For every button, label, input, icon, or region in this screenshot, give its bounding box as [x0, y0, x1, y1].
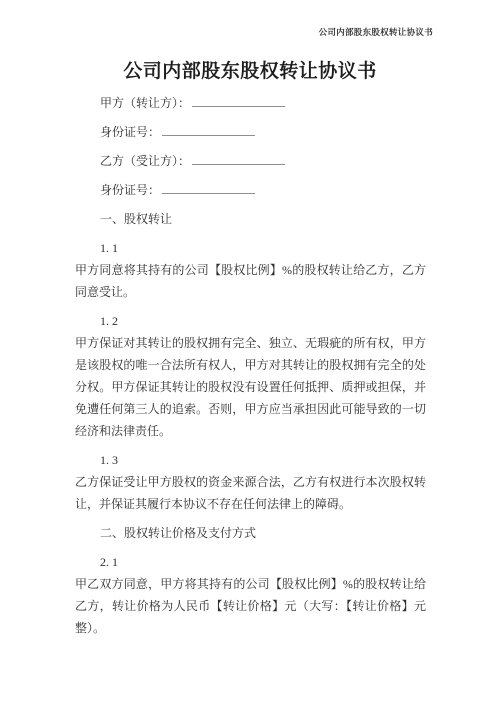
clause-number-1-2: 1. 2	[75, 310, 426, 332]
party-b-blank-line	[192, 153, 285, 165]
document-body: 甲方（转让方）： 身份证号： 乙方（受让方）： 身份证号： 一、股权转让 1. …	[0, 92, 500, 639]
clause-number-1-1: 1. 1	[75, 237, 426, 259]
clause-paragraph-1-2: 甲方保证对其转让的股权拥有完全、独立、无瑕疵的所有权，甲方是该股权的唯一合法所有…	[75, 332, 426, 442]
document-page: 公司内部股东股权转让协议书 公司内部股东股权转让协议书 甲方（转让方）： 身份证…	[0, 0, 500, 707]
party-b-id-label: 身份证号：	[100, 183, 160, 197]
party-b-id-line: 身份证号：	[75, 179, 426, 201]
clause-paragraph-1-1: 甲方同意将其持有的公司【股权比例】%的股权转让给乙方，乙方同意受让。	[75, 259, 426, 303]
section-heading-1: 一、股权转让	[75, 208, 426, 230]
party-b-label: 乙方（受让方）：	[100, 154, 190, 168]
clause-number-1-3: 1. 3	[75, 449, 426, 471]
clause-paragraph-2-1: 甲乙双方同意，甲方将其持有的公司【股权比例】%的股权转让给乙方，转让价格为人民币…	[75, 573, 426, 639]
party-a-blank-line	[192, 95, 285, 107]
party-a-id-blank-line	[162, 124, 255, 136]
party-a-line: 甲方（转让方）：	[75, 92, 426, 114]
party-b-id-blank-line	[162, 182, 255, 194]
party-b-line: 乙方（受让方）：	[75, 150, 426, 172]
clause-number-2-1: 2. 1	[75, 551, 426, 573]
clause-paragraph-1-3: 乙方保证受让甲方股权的资金来源合法，乙方有权进行本次股权转让，并保证其履行本协议…	[75, 471, 426, 515]
party-a-label: 甲方（转让方）：	[100, 96, 190, 110]
page-title: 公司内部股东股权转让协议书	[0, 59, 500, 85]
section-heading-2: 二、股权转让价格及支付方式	[75, 522, 426, 544]
party-a-id-label: 身份证号：	[100, 125, 160, 139]
party-a-id-line: 身份证号：	[75, 121, 426, 143]
running-header: 公司内部股东股权转让协议书	[0, 0, 500, 38]
